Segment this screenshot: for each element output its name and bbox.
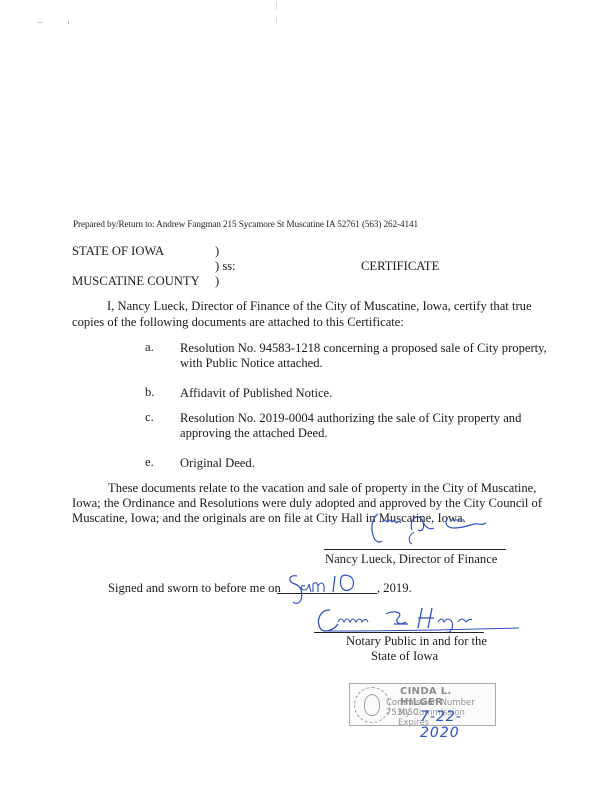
caption-county: MUSCATINE COUNTY: [72, 274, 200, 289]
sworn-prefix: Signed and sworn to before me on: [108, 580, 281, 596]
caption-paren-bottom: ): [215, 274, 219, 289]
item-a-letter: a.: [145, 340, 154, 355]
caption-state: STATE OF IOWA: [72, 244, 164, 259]
sworn-year: , 2019.: [377, 580, 412, 596]
item-a-line-1: Resolution No. 94583-1218 concerning a p…: [180, 340, 547, 356]
signer-title: Nancy Lueck, Director of Finance: [325, 551, 497, 567]
notary-line-1: Notary Public in and for the: [346, 633, 487, 649]
stamp-expiration-date: 7-22-2020: [420, 709, 495, 741]
sworn-date-handwritten: [283, 570, 363, 606]
certificate-title: CERTIFICATE: [361, 259, 439, 274]
item-a-line-2: with Public Notice attached.: [180, 355, 323, 371]
intro-line-2: copies of the following documents are at…: [72, 314, 404, 330]
notary-line-2: State of Iowa: [371, 648, 438, 664]
scan-artifact: [38, 22, 42, 23]
closing-line-1: These documents relate to the vacation a…: [108, 480, 536, 496]
notary-stamp: CINDA L. HILGER Commission Number 753050…: [349, 683, 496, 726]
item-c-letter: c.: [145, 410, 154, 425]
prepared-by-line: Prepared by/Return to: Andrew Fangman 21…: [73, 219, 418, 229]
notarial-seal-icon: [354, 687, 390, 723]
director-signature-line: [324, 549, 506, 550]
scan-artifact: [276, 18, 277, 23]
item-b-line-1: Affidavit of Published Notice.: [180, 385, 332, 401]
intro-line-1: I, Nancy Lueck, Director of Finance of t…: [107, 298, 532, 314]
item-c-line-1: Resolution No. 2019-0004 authorizing the…: [180, 410, 521, 426]
item-c-line-2: approving the attached Deed.: [180, 425, 328, 441]
caption-paren-ss: ) ss:: [215, 259, 236, 274]
scan-artifact: [68, 21, 69, 24]
item-e-line-1: Original Deed.: [180, 455, 255, 471]
item-e-letter: e.: [145, 455, 154, 470]
caption-paren-top: ): [215, 244, 219, 259]
scan-artifact: [276, 2, 277, 10]
seal-emblem-icon: [364, 694, 380, 716]
director-signature: [368, 508, 498, 548]
item-b-letter: b.: [145, 385, 154, 400]
